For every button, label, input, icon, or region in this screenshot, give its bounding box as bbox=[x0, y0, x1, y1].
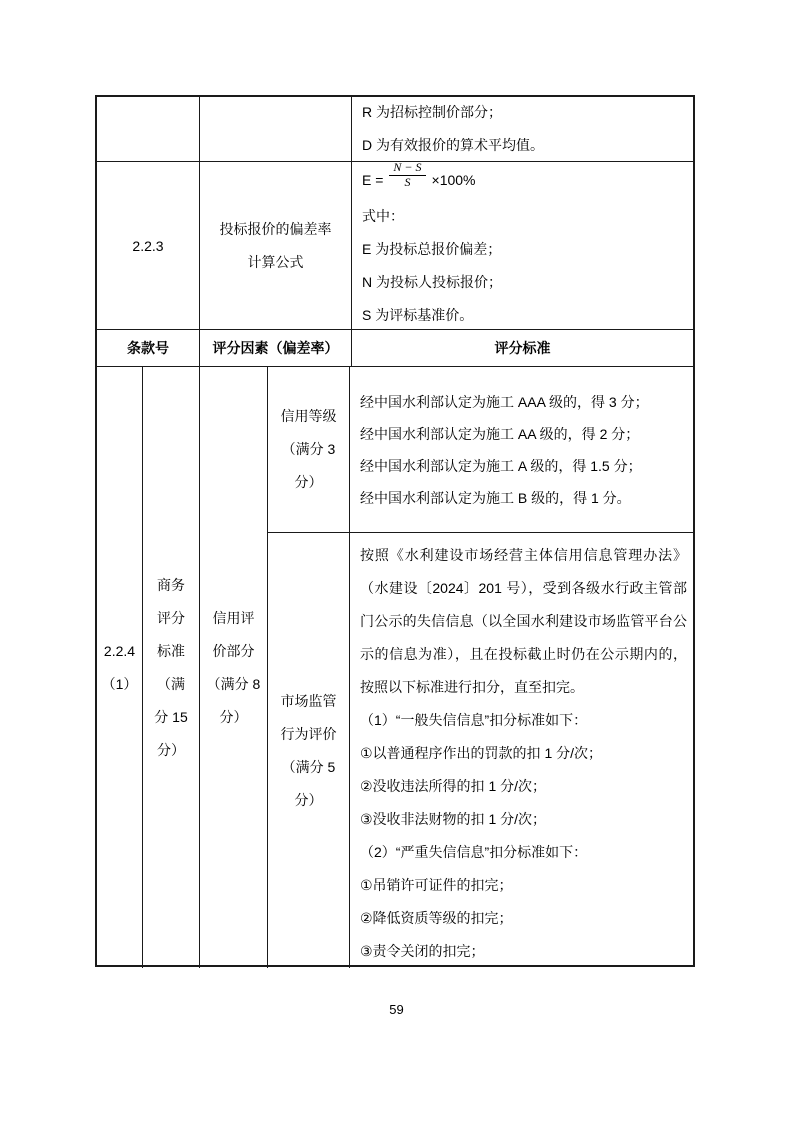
table-row-continued-1: R 为招标控制价部分； D 为有效报价的算术平均值。 bbox=[97, 97, 693, 162]
criteria-line: ③责令关闭的扣完； bbox=[360, 935, 687, 968]
factor-line: 分） bbox=[295, 784, 323, 817]
criteria-line: （2）“严重失信信息”扣分标准如下： bbox=[360, 836, 687, 869]
subrow-market-supervision: 市场监管 行为评价 （满分 5 分） 按照《水利建设市场经营主体信用信息管理办法… bbox=[268, 533, 693, 968]
clause-number: （1） bbox=[102, 668, 138, 701]
clause-cell: 2.2.3 bbox=[97, 162, 200, 329]
criteria-line: N 为投标人投标报价； bbox=[362, 266, 687, 299]
evaluation-table: R 为招标控制价部分； D 为有效报价的算术平均值。 2.2.3 投标报价的偏差… bbox=[95, 95, 695, 967]
category-line: 分 15 bbox=[154, 701, 187, 734]
factor-cell: 信用等级 （满分 3 分） bbox=[268, 367, 350, 532]
category-line: （满 bbox=[157, 668, 185, 701]
criteria-cell: 经中国水利部认定为施工 AAA 级的，得 3 分； 经中国水利部认定为施工 AA… bbox=[350, 367, 693, 532]
document-page: R 为招标控制价部分； D 为有效报价的算术平均值。 2.2.3 投标报价的偏差… bbox=[0, 0, 793, 1122]
group-line: 分） bbox=[220, 701, 248, 734]
category-line: 评分 bbox=[157, 602, 185, 635]
table-row-2-2-4: 2.2.4 （1） 商务 评分 标准 （满 分 15 分） 信用评 价部分 （满… bbox=[97, 367, 693, 968]
criteria-line: 经中国水利部认定为施工 B 级的，得 1 分。 bbox=[360, 482, 687, 514]
category-line: 商务 bbox=[157, 569, 185, 602]
factor-line: 投标报价的偏差率 bbox=[220, 213, 332, 246]
criteria-line: ①以普通程序作出的罚款的扣 1 分/次； bbox=[360, 737, 687, 770]
criteria-line: ②没收违法所得的扣 1 分/次； bbox=[360, 770, 687, 803]
criteria-line: ①吊销许可证件的扣完； bbox=[360, 869, 687, 902]
formula-suffix: ×100% bbox=[432, 162, 476, 200]
category-line: 分） bbox=[157, 734, 185, 767]
factor-line: 分） bbox=[295, 466, 323, 499]
criteria-line: （1）“一般失信信息”扣分标准如下： bbox=[360, 704, 687, 737]
clause-number: 2.2.3 bbox=[132, 238, 163, 254]
table-header-row: 条款号 评分因素（偏差率） 评分标准 bbox=[97, 330, 693, 367]
group-line: （满分 8 bbox=[207, 668, 261, 701]
sub-table: 信用等级 （满分 3 分） 经中国水利部认定为施工 AAA 级的，得 3 分； … bbox=[268, 367, 693, 968]
factor-cell: 投标报价的偏差率 计算公式 bbox=[200, 162, 352, 329]
deviation-formula: E = N − S S ×100% bbox=[362, 162, 687, 200]
factor-line: 市场监管 bbox=[281, 685, 337, 718]
header-factor: 评分因素（偏差率） bbox=[200, 330, 352, 366]
criteria-line: D 为有效报价的算术平均值。 bbox=[362, 129, 687, 161]
factor-line: （满分 5 bbox=[282, 751, 336, 784]
header-clause: 条款号 bbox=[97, 330, 200, 366]
factor-cell-empty bbox=[200, 97, 352, 161]
table-row-2-2-3: 2.2.3 投标报价的偏差率 计算公式 E = N − S S ×100% 式中… bbox=[97, 162, 693, 330]
criteria-line: R 为招标控制价部分； bbox=[362, 97, 687, 129]
subrow-credit-rating: 信用等级 （满分 3 分） 经中国水利部认定为施工 AAA 级的，得 3 分； … bbox=[268, 367, 693, 533]
fraction-numerator: N − S bbox=[389, 162, 425, 176]
clause-number: 2.2.4 bbox=[104, 635, 135, 668]
factor-line: 计算公式 bbox=[248, 246, 304, 279]
criteria-line: ②降低资质等级的扣完； bbox=[360, 902, 687, 935]
factor-line: 行为评价 bbox=[281, 718, 337, 751]
factor-line: 信用等级 bbox=[281, 400, 337, 433]
formula-fraction: N − S S bbox=[389, 162, 425, 190]
group-line: 信用评 bbox=[213, 602, 255, 635]
category-cell: 商务 评分 标准 （满 分 15 分） bbox=[143, 367, 200, 968]
factor-cell: 市场监管 行为评价 （满分 5 分） bbox=[268, 533, 350, 968]
criteria-line: 经中国水利部认定为施工 AA 级的，得 2 分； bbox=[360, 418, 687, 450]
criteria-cell: E = N − S S ×100% 式中： E 为投标总报价偏差； N 为投标人… bbox=[352, 162, 693, 329]
criteria-line: 经中国水利部认定为施工 A 级的，得 1.5 分； bbox=[360, 450, 687, 482]
category-line: 标准 bbox=[157, 635, 185, 668]
header-standard: 评分标准 bbox=[352, 330, 693, 366]
criteria-line: 经中国水利部认定为施工 AAA 级的，得 3 分； bbox=[360, 386, 687, 418]
criteria-paragraph: 按照《水利建设市场经营主体信用信息管理办法》（水建设〔2024〕201 号），受… bbox=[360, 539, 687, 704]
criteria-line: ③没收非法财物的扣 1 分/次； bbox=[360, 803, 687, 836]
fraction-denominator: S bbox=[404, 176, 410, 190]
criteria-line: S 为评标基准价。 bbox=[362, 299, 687, 330]
group-line: 价部分 bbox=[213, 635, 255, 668]
clause-cell: 2.2.4 （1） bbox=[97, 367, 143, 968]
clause-cell-empty bbox=[97, 97, 200, 161]
criteria-line: 式中： bbox=[362, 200, 687, 233]
factor-line: （满分 3 bbox=[282, 433, 336, 466]
formula-lhs: E = bbox=[362, 162, 383, 200]
criteria-cell: 按照《水利建设市场经营主体信用信息管理办法》（水建设〔2024〕201 号），受… bbox=[350, 533, 693, 968]
page-number: 59 bbox=[0, 1002, 793, 1017]
criteria-cell: R 为招标控制价部分； D 为有效报价的算术平均值。 bbox=[352, 97, 693, 161]
criteria-line: E 为投标总报价偏差； bbox=[362, 233, 687, 266]
group-cell: 信用评 价部分 （满分 8 分） bbox=[200, 367, 268, 968]
